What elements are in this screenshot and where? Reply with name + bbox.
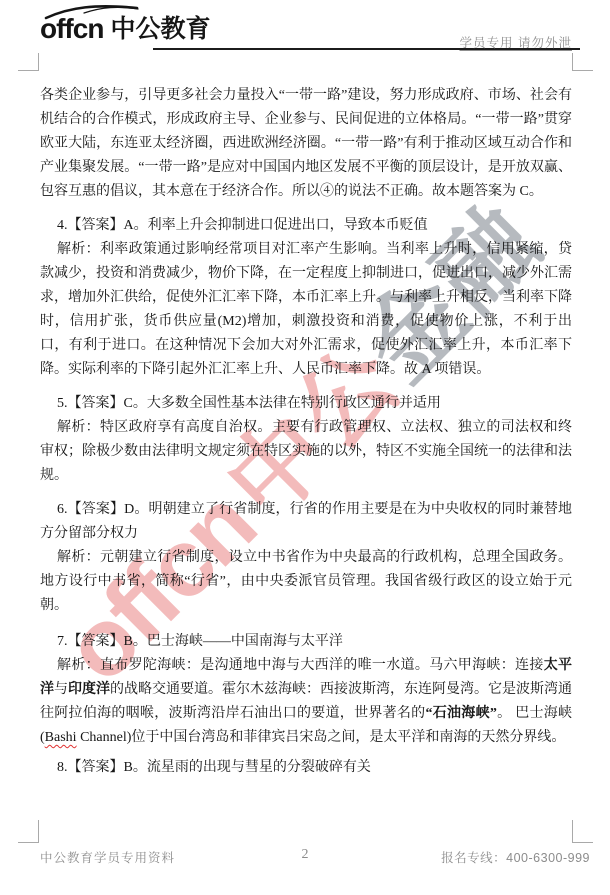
text-segment: 各类企业参与，引导更多社会力量投入“一带一路”建设，努力形成政府、市场、社会有机… (40, 88, 572, 199)
text-segment: 8.【答案】B。流星雨的出现与彗星的分裂破碎有关 (57, 760, 371, 775)
document-body: 各类企业参与，引导更多社会力量投入“一带一路”建设，努力形成政府、市场、社会有机… (40, 84, 572, 814)
crop-mark-top-right (572, 53, 593, 71)
text-segment: 解析：利率政策通过影响经常项目对汇率产生影响。当利率上升时，信用紧缩，贷款减少，… (40, 242, 572, 377)
paragraph-q4-analysis: 解析：利率政策通过影响经常项目对汇率产生影响。当利率上升时，信用紧缩，贷款减少，… (40, 238, 572, 382)
page-footer: 中公教育学员专用资料 2 报名专线：400-6300-999 (0, 845, 610, 869)
paragraph-q6-answer: 6.【答案】D。明朝建立了行省制度，行省的作用主要是在为中央收权的同时兼替地方分… (40, 498, 572, 546)
paragraph-q6-analysis: 解析：元朝建立行省制度，设立中书省作为中央最高的行政机构，总理全国政务。地方设行… (40, 546, 572, 618)
crop-mark-bottom-left (18, 820, 39, 843)
paragraph-q7-answer: 7.【答案】B。巴士海峡——中国南海与太平洋 (40, 630, 572, 654)
paragraph-q4-answer: 4.【答案】A。利率上升会抑制进口促进出口，导致本币贬值 (40, 214, 572, 238)
text-segment: 4.【答案】A。利率上升会抑制进口促进出口，导致本币贬值 (57, 218, 428, 233)
text-segment: 解析：元朝建立行省制度，设立中书省作为中央最高的行政机构，总理全国政务。地方设行… (40, 550, 572, 613)
text-segment: “石油海峡” (425, 706, 496, 721)
confidential-note: 学员专用 请勿外泄 (460, 33, 572, 51)
crop-mark-bottom-right (572, 820, 593, 843)
crop-mark-top-left (18, 53, 39, 71)
text-segment: 解析：直布罗陀海峡：是沟通地中海与大西洋的唯一水道。马六甲海峡：连接 (57, 658, 544, 673)
text-segment: 印度洋 (68, 682, 110, 697)
logo-swoosh-icon (44, 4, 140, 20)
text-segment: Bashi (45, 730, 77, 745)
paragraph-q8-answer: 8.【答案】B。流星雨的出现与彗星的分裂破碎有关 (40, 756, 572, 780)
paragraph-q5-analysis: 解析：特区政府享有高度自治权。主要有行政管理权、立法权、独立的司法权和终审权；除… (40, 416, 572, 488)
paragraph-continuation: 各类企业参与，引导更多社会力量投入“一带一路”建设，努力形成政府、市场、社会有机… (40, 84, 572, 204)
text-segment: 5.【答案】C。大多数全国性基本法律在特别行政区通行并适用 (57, 396, 441, 411)
text-segment: 7.【答案】B。巴士海峡——中国南海与太平洋 (57, 634, 343, 649)
text-segment: 6.【答案】D。明朝建立了行省制度，行省的作用主要是在为中央收权的同时兼替地方分… (40, 502, 572, 541)
text-segment: Channel)位于中国台湾岛和菲律宾吕宋岛之间，是太平洋和南海的天然分界线。 (77, 730, 566, 745)
text-segment: 解析：特区政府享有高度自治权。主要有行政管理权、立法权、独立的司法权和终审权；除… (40, 420, 572, 483)
text-segment: 与 (54, 682, 68, 697)
footer-hotline: 报名专线：400-6300-999 (441, 848, 590, 866)
paragraph-q5-answer: 5.【答案】C。大多数全国性基本法律在特别行政区通行并适用 (40, 392, 572, 416)
paragraph-q7-analysis: 解析：直布罗陀海峡：是沟通地中海与大西洋的唯一水道。马六甲海峡：连接太平洋与印度… (40, 654, 572, 750)
document-page: offcn中公金融 offcn 中公教育 学员专用 请勿外泄 各类企业参与，引导… (0, 0, 610, 895)
